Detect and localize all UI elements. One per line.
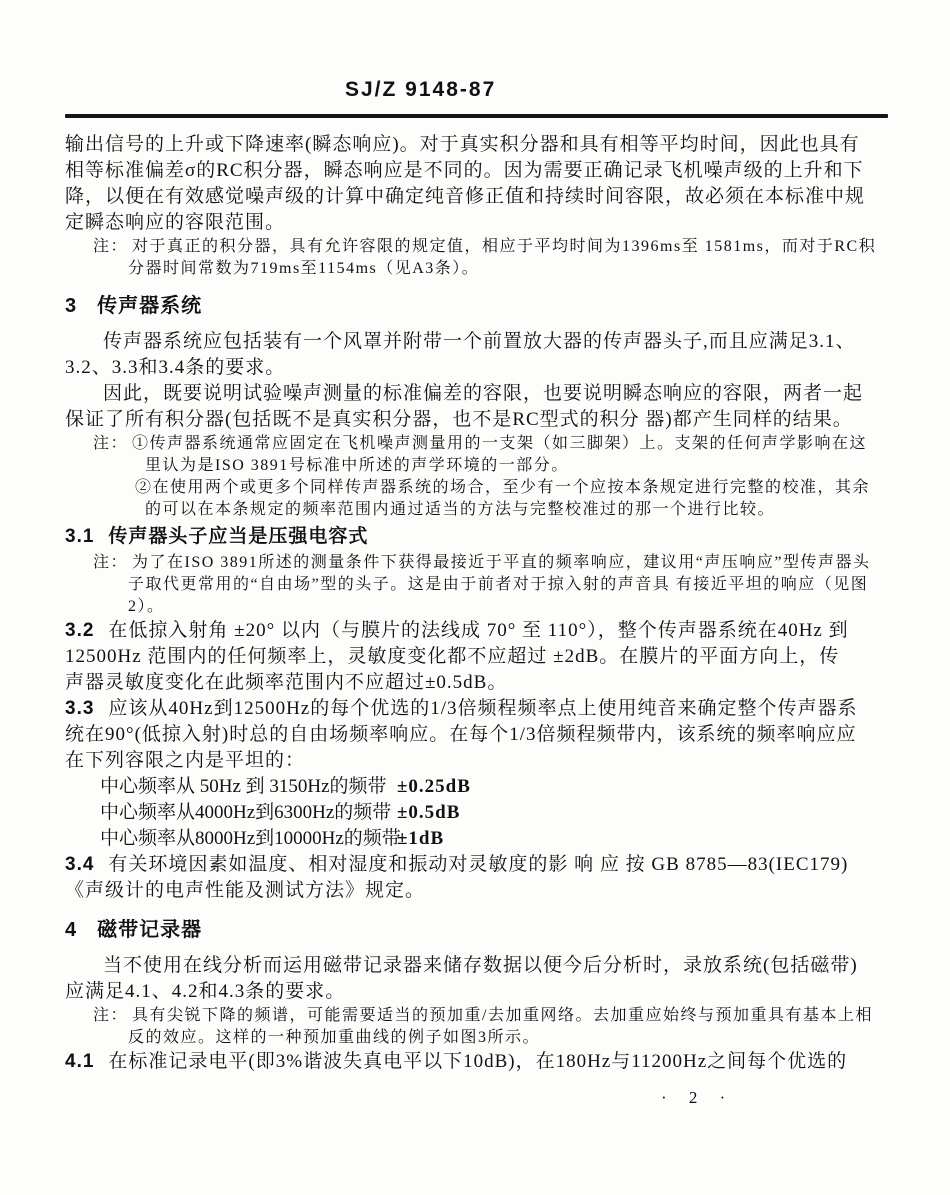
note-preemphasis: 注：具有尖锐下降的频谱，可能需要适当的预加重/去加重网络。去加重应始终与预加重具… (65, 1005, 888, 1049)
section-3-heading: 3传声器系统 (65, 293, 888, 319)
note-label: 注： (93, 1007, 128, 1024)
text-line: 应满足4.1、4.2和4.3条的要求。 (65, 979, 888, 1005)
section-title: 传声器头子应当是压强电容式 (108, 526, 368, 547)
note-line: 里认为是ISO 3891号标准中所述的声学环境的一部分。 (93, 455, 888, 477)
text-line: 降，以便在有效感觉噪声级的计算中确定纯音修正值和持续时间容限，故必须在本标准中规 (65, 184, 888, 210)
frequency-band: 中心频率从8000Hz到10000Hz的频带 (100, 828, 401, 849)
table-row: 中心频率从4000Hz到6300Hz的频带 ±0.5dB (65, 800, 888, 826)
note-line: 反的效应。这样的一种预加重曲线的例子如图3所示。 (93, 1027, 888, 1049)
paragraph-tape-recorder: 当不使用在线分析而运用磁带记录器来储存数据以便今后分析时，录放系统(包括磁带) … (65, 953, 888, 1005)
text-line: 当不使用在线分析而运用磁带记录器来储存数据以便今后分析时，录放系统(包括磁带) (65, 953, 888, 979)
note-mic-mounting: 注：①传声器系统通常应固定在飞机噪声测量用的一支架（如三脚架）上。支架的任何声学… (65, 433, 888, 521)
note-line: 注：对于真正的积分器，具有允许容限的规定值，相应于平均时间为1396ms至 15… (93, 236, 888, 258)
clause-number: 3.4 (65, 854, 94, 875)
section-title: 磁带记录器 (97, 919, 202, 941)
note-label: 注： (93, 435, 128, 452)
section-number: 4 (65, 919, 77, 941)
header-rule (65, 114, 888, 118)
clause-text: 应该从40Hz到12500Hz的每个优选的1/3倍频程频率点上使用纯音来确定整个… (108, 698, 857, 719)
section-3-1-heading: 3.1传声器头子应当是压强电容式 (65, 524, 888, 550)
tolerance-value: ±1dB (397, 826, 444, 852)
text-line: 12500Hz 范围内的任何频率上，灵敏度变化都不应超过 ±2dB。在膜片的平面… (65, 644, 888, 670)
paragraph-transient-response: 输出信号的上升或下降速率(瞬态响应)。对于真实积分器和具有相等平均时间，因此也具… (65, 132, 888, 236)
note-line: 子取代更常用的“自由场”型的头子。这是由于前者对于掠入射的声音具 有接近平坦的响… (93, 574, 888, 596)
note-line: 注：具有尖锐下降的频谱，可能需要适当的预加重/去加重网络。去加重应始终与预加重具… (93, 1005, 888, 1027)
text-line: 统在90°(低掠入射)时总的自由场频率响应。在每个1/3倍频程频带内，该系统的频… (65, 722, 888, 748)
text-line: 因此，既要说明试验噪声测量的标准偏差的容限，也要说明瞬态响应的容限，两者一起 (65, 381, 888, 407)
note-line: 注：①传声器系统通常应固定在飞机噪声测量用的一支架（如三脚架）上。支架的任何声学… (93, 433, 888, 455)
text-line: 3.3应该从40Hz到12500Hz的每个优选的1/3倍频程频率点上使用纯音来确… (65, 696, 888, 722)
paragraph-therefore: 因此，既要说明试验噪声测量的标准偏差的容限，也要说明瞬态响应的容限，两者一起 保… (65, 381, 888, 433)
standard-number: SJ/Z 9148-87 (345, 78, 888, 104)
note-label: 注： (93, 554, 128, 571)
text-line: 输出信号的上升或下降速率(瞬态响应)。对于真实积分器和具有相等平均时间，因此也具… (65, 132, 888, 158)
paragraph-3-3: 3.3应该从40Hz到12500Hz的每个优选的1/3倍频程频率点上使用纯音来确… (65, 696, 888, 774)
clause-number: 3.2 (65, 620, 94, 641)
paragraph-mic-system: 传声器系统应包括装有一个风罩并附带一个前置放大器的传声器头子,而且应满足3.1、… (65, 329, 888, 381)
note-line: ②在使用两个或更多个同样传声器系统的场合，至少有一个应按本条规定进行完整的校准，… (93, 477, 888, 499)
text-line: 保证了所有积分器(包括既不是真实积分器，也不是RC型式的积分 器)都产生同样的结… (65, 407, 888, 433)
section-4-heading: 4磁带记录器 (65, 917, 888, 943)
text-line: 《声级计的电声性能及测试方法》规定。 (65, 878, 888, 904)
paragraph-3-4: 3.4有关环境因素如温度、相对湿度和振动对灵敏度的影 响 应 按 GB 8785… (65, 852, 888, 904)
text-line: 3.2在低掠入射角 ±20° 以内（与膜片的法线成 70° 至 110°），整个… (65, 618, 888, 644)
clause-number: 3.3 (65, 698, 94, 719)
text-line: 相等标准偏差σ的RC积分器，瞬态响应是不同的。因为需要正确记录飞机噪声级的上升和… (65, 158, 888, 184)
tolerance-table: 中心频率从 50Hz 到 3150Hz的频带 ±0.25dB 中心频率从4000… (65, 774, 888, 852)
note-text: 具有尖锐下降的频谱，可能需要适当的预加重/去加重网络。去加重应始终与预加重具有基… (132, 1007, 873, 1024)
table-row: 中心频率从8000Hz到10000Hz的频带 ±1dB (65, 826, 888, 852)
document-body: 输出信号的上升或下降速率(瞬态响应)。对于真实积分器和具有相等平均时间，因此也具… (65, 132, 888, 1075)
note-text: 对于真正的积分器，具有允许容限的规定值，相应于平均时间为1396ms至 1581… (132, 238, 876, 255)
note-iso-measurement: 注：为了在ISO 3891所述的测量条件下获得最接近于平直的频率响应，建议用“声… (65, 552, 888, 618)
note-line: 的可以在本条规定的频率范围内通过适当的方法与完整校准过的那一个进行比较。 (93, 499, 888, 521)
paragraph-3-2: 3.2在低掠入射角 ±20° 以内（与膜片的法线成 70° 至 110°），整个… (65, 618, 888, 696)
text-line: 4.1在标准记录电平(即3%谐波失真电平以下10dB)，在180Hz与11200… (65, 1049, 888, 1075)
note-label: 注： (93, 238, 128, 255)
note-integrator-tolerances: 注：对于真正的积分器，具有允许容限的规定值，相应于平均时间为1396ms至 15… (65, 236, 888, 280)
text-line: 3.2、3.3和3.4条的要求。 (65, 355, 888, 381)
clause-number: 4.1 (65, 1051, 94, 1072)
note-line: 分器时间常数为719ms至1154ms（见A3条）。 (93, 258, 888, 280)
clause-text: 在标准记录电平(即3%谐波失真电平以下10dB)，在180Hz与11200Hz之… (108, 1051, 847, 1072)
text-line: 定瞬态响应的容限范围。 (65, 210, 888, 236)
note-text: ①传声器系统通常应固定在飞机噪声测量用的一支架（如三脚架）上。支架的任何声学影响… (132, 435, 867, 452)
note-line: 注：为了在ISO 3891所述的测量条件下获得最接近于平直的频率响应，建议用“声… (93, 552, 888, 574)
paragraph-4-1: 4.1在标准记录电平(即3%谐波失真电平以下10dB)，在180Hz与11200… (65, 1049, 888, 1075)
section-number: 3.1 (65, 526, 94, 547)
note-line: 2）。 (93, 596, 888, 618)
text-line: 在下列容限之内是平坦的： (65, 748, 888, 774)
table-row: 中心频率从 50Hz 到 3150Hz的频带 ±0.25dB (65, 774, 888, 800)
clause-text: 有关环境因素如温度、相对湿度和振动对灵敏度的影 响 应 按 GB 8785—83… (108, 854, 848, 875)
frequency-band: 中心频率从 50Hz 到 3150Hz的频带 (100, 776, 387, 797)
section-title: 传声器系统 (97, 295, 202, 317)
text-line: 3.4有关环境因素如温度、相对湿度和振动对灵敏度的影 响 应 按 GB 8785… (65, 852, 888, 878)
tolerance-value: ±0.25dB (397, 774, 471, 800)
page-number: · 2 · (661, 1087, 888, 1109)
text-line: 声器灵敏度变化在此频率范围内不应超过±0.5dB。 (65, 670, 888, 696)
text-line: 传声器系统应包括装有一个风罩并附带一个前置放大器的传声器头子,而且应满足3.1、 (65, 329, 888, 355)
clause-text: 在低掠入射角 ±20° 以内（与膜片的法线成 70° 至 110°），整个传声器… (108, 620, 848, 641)
note-text: 为了在ISO 3891所述的测量条件下获得最接近于平直的频率响应，建议用“声压响… (132, 554, 871, 571)
frequency-band: 中心频率从4000Hz到6300Hz的频带 (100, 802, 391, 823)
tolerance-value: ±0.5dB (397, 800, 460, 826)
document-page: SJ/Z 9148-87 输出信号的上升或下降速率(瞬态响应)。对于真实积分器和… (0, 0, 950, 1195)
section-number: 3 (65, 295, 77, 317)
